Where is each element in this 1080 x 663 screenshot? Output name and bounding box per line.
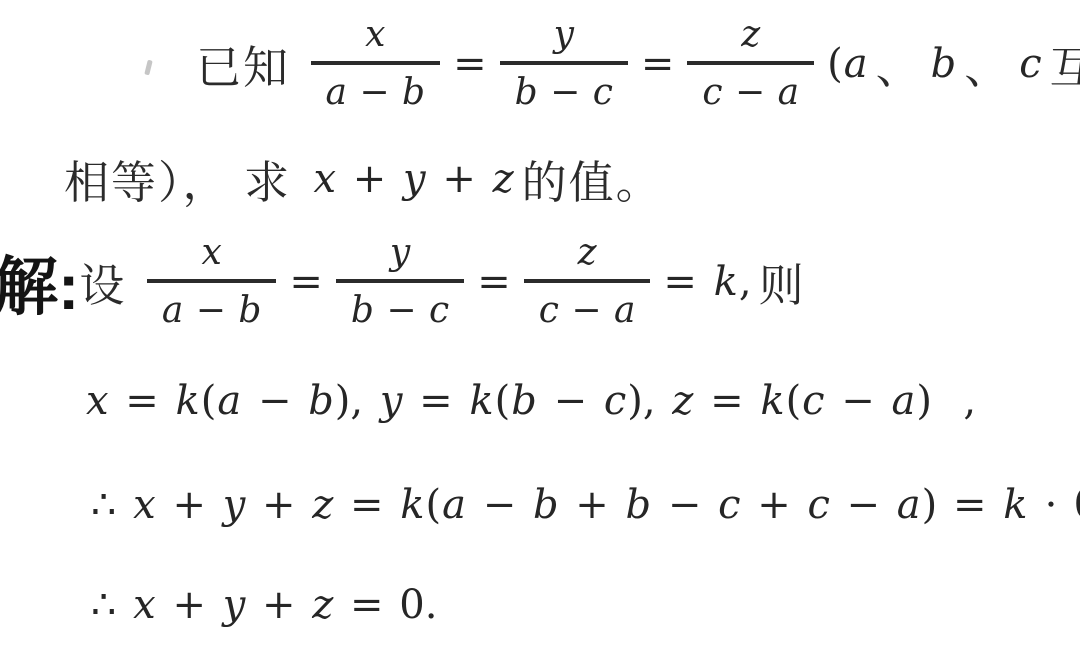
fraction-denominator: a − b xyxy=(311,61,441,113)
then-text: 则 xyxy=(759,249,806,314)
mutually-text: 互不 xyxy=(1050,31,1080,96)
fraction-numerator: y xyxy=(539,14,589,61)
fraction-numerator: x xyxy=(350,14,400,61)
fraction-numerator: z xyxy=(563,232,612,279)
therefore-expansion: ∴ x + y + z = k(a − b + b − c + c − a) =… xyxy=(91,482,1080,528)
equals-sign: = xyxy=(641,41,675,87)
fraction-y-over-b-minus-c: yb − c xyxy=(336,232,464,332)
given-label: 已知 xyxy=(196,31,305,96)
variable-c: c xyxy=(1018,41,1042,87)
final-answer-line: ∴ x + y + z = 0. xyxy=(84,582,444,628)
therefore-expansion-line: ∴ x + y + z = k(a − b + b − c + c − a) =… xyxy=(84,482,1080,528)
value-of-text: 的值。 xyxy=(522,146,663,211)
equals-sign: = xyxy=(477,259,511,305)
substitution-equations: x = k(a − b), y = k(b − c), z = k(c − a)… xyxy=(85,378,976,424)
fraction-denominator: c − a xyxy=(524,279,651,331)
solution-setup-line: 解:设 xa − b=yb − c=zc − a= k,则 xyxy=(0,232,806,332)
open-paren-a: (a xyxy=(827,41,868,87)
fraction-x-over-a-minus-b: xa − b xyxy=(147,232,277,332)
enumeration-comma: 、 xyxy=(876,31,923,96)
fraction-z-over-c-minus-a: zc − a xyxy=(524,232,651,332)
fraction-numerator: y xyxy=(375,232,425,279)
solution-label: 解: xyxy=(0,236,79,328)
fraction-y-over-b-minus-c: yb − c xyxy=(500,14,628,114)
fraction-numerator: z xyxy=(726,14,775,61)
fraction-denominator: b − c xyxy=(336,279,464,331)
fraction-denominator: b − c xyxy=(500,61,628,113)
substitution-line: x = k(a − b), y = k(b − c), z = k(c − a)… xyxy=(78,378,983,424)
sum-expression: x + y + z xyxy=(313,156,515,202)
variable-b: b xyxy=(930,41,958,87)
equals-sign: = xyxy=(453,41,487,87)
problem-statement-line-2: 相等）， 求 x + y + z的值。 xyxy=(64,146,663,211)
equals-sign: = xyxy=(289,259,323,305)
final-answer: ∴ x + y + z = 0. xyxy=(91,582,437,628)
enumeration-comma: 、 xyxy=(964,31,1011,96)
equals-k: = k, xyxy=(663,259,751,305)
fraction-numerator: x xyxy=(186,232,236,279)
let-text: 设 xyxy=(79,249,141,314)
fraction-denominator: c − a xyxy=(687,61,814,113)
math-solution-page: 已知 xa − b=yb − c=zc − a(a、b、c互不 相等）， 求 x… xyxy=(0,0,1080,663)
scan-artifact-mark xyxy=(144,60,152,76)
fraction-denominator: a − b xyxy=(147,279,277,331)
fraction-x-over-a-minus-b: xa − b xyxy=(311,14,441,114)
unequal-find-text: 相等）， 求 xyxy=(64,146,306,211)
fraction-z-over-c-minus-a: zc − a xyxy=(687,14,814,114)
problem-statement-line-1: 已知 xa − b=yb − c=zc − a(a、b、c互不 xyxy=(196,14,1080,114)
